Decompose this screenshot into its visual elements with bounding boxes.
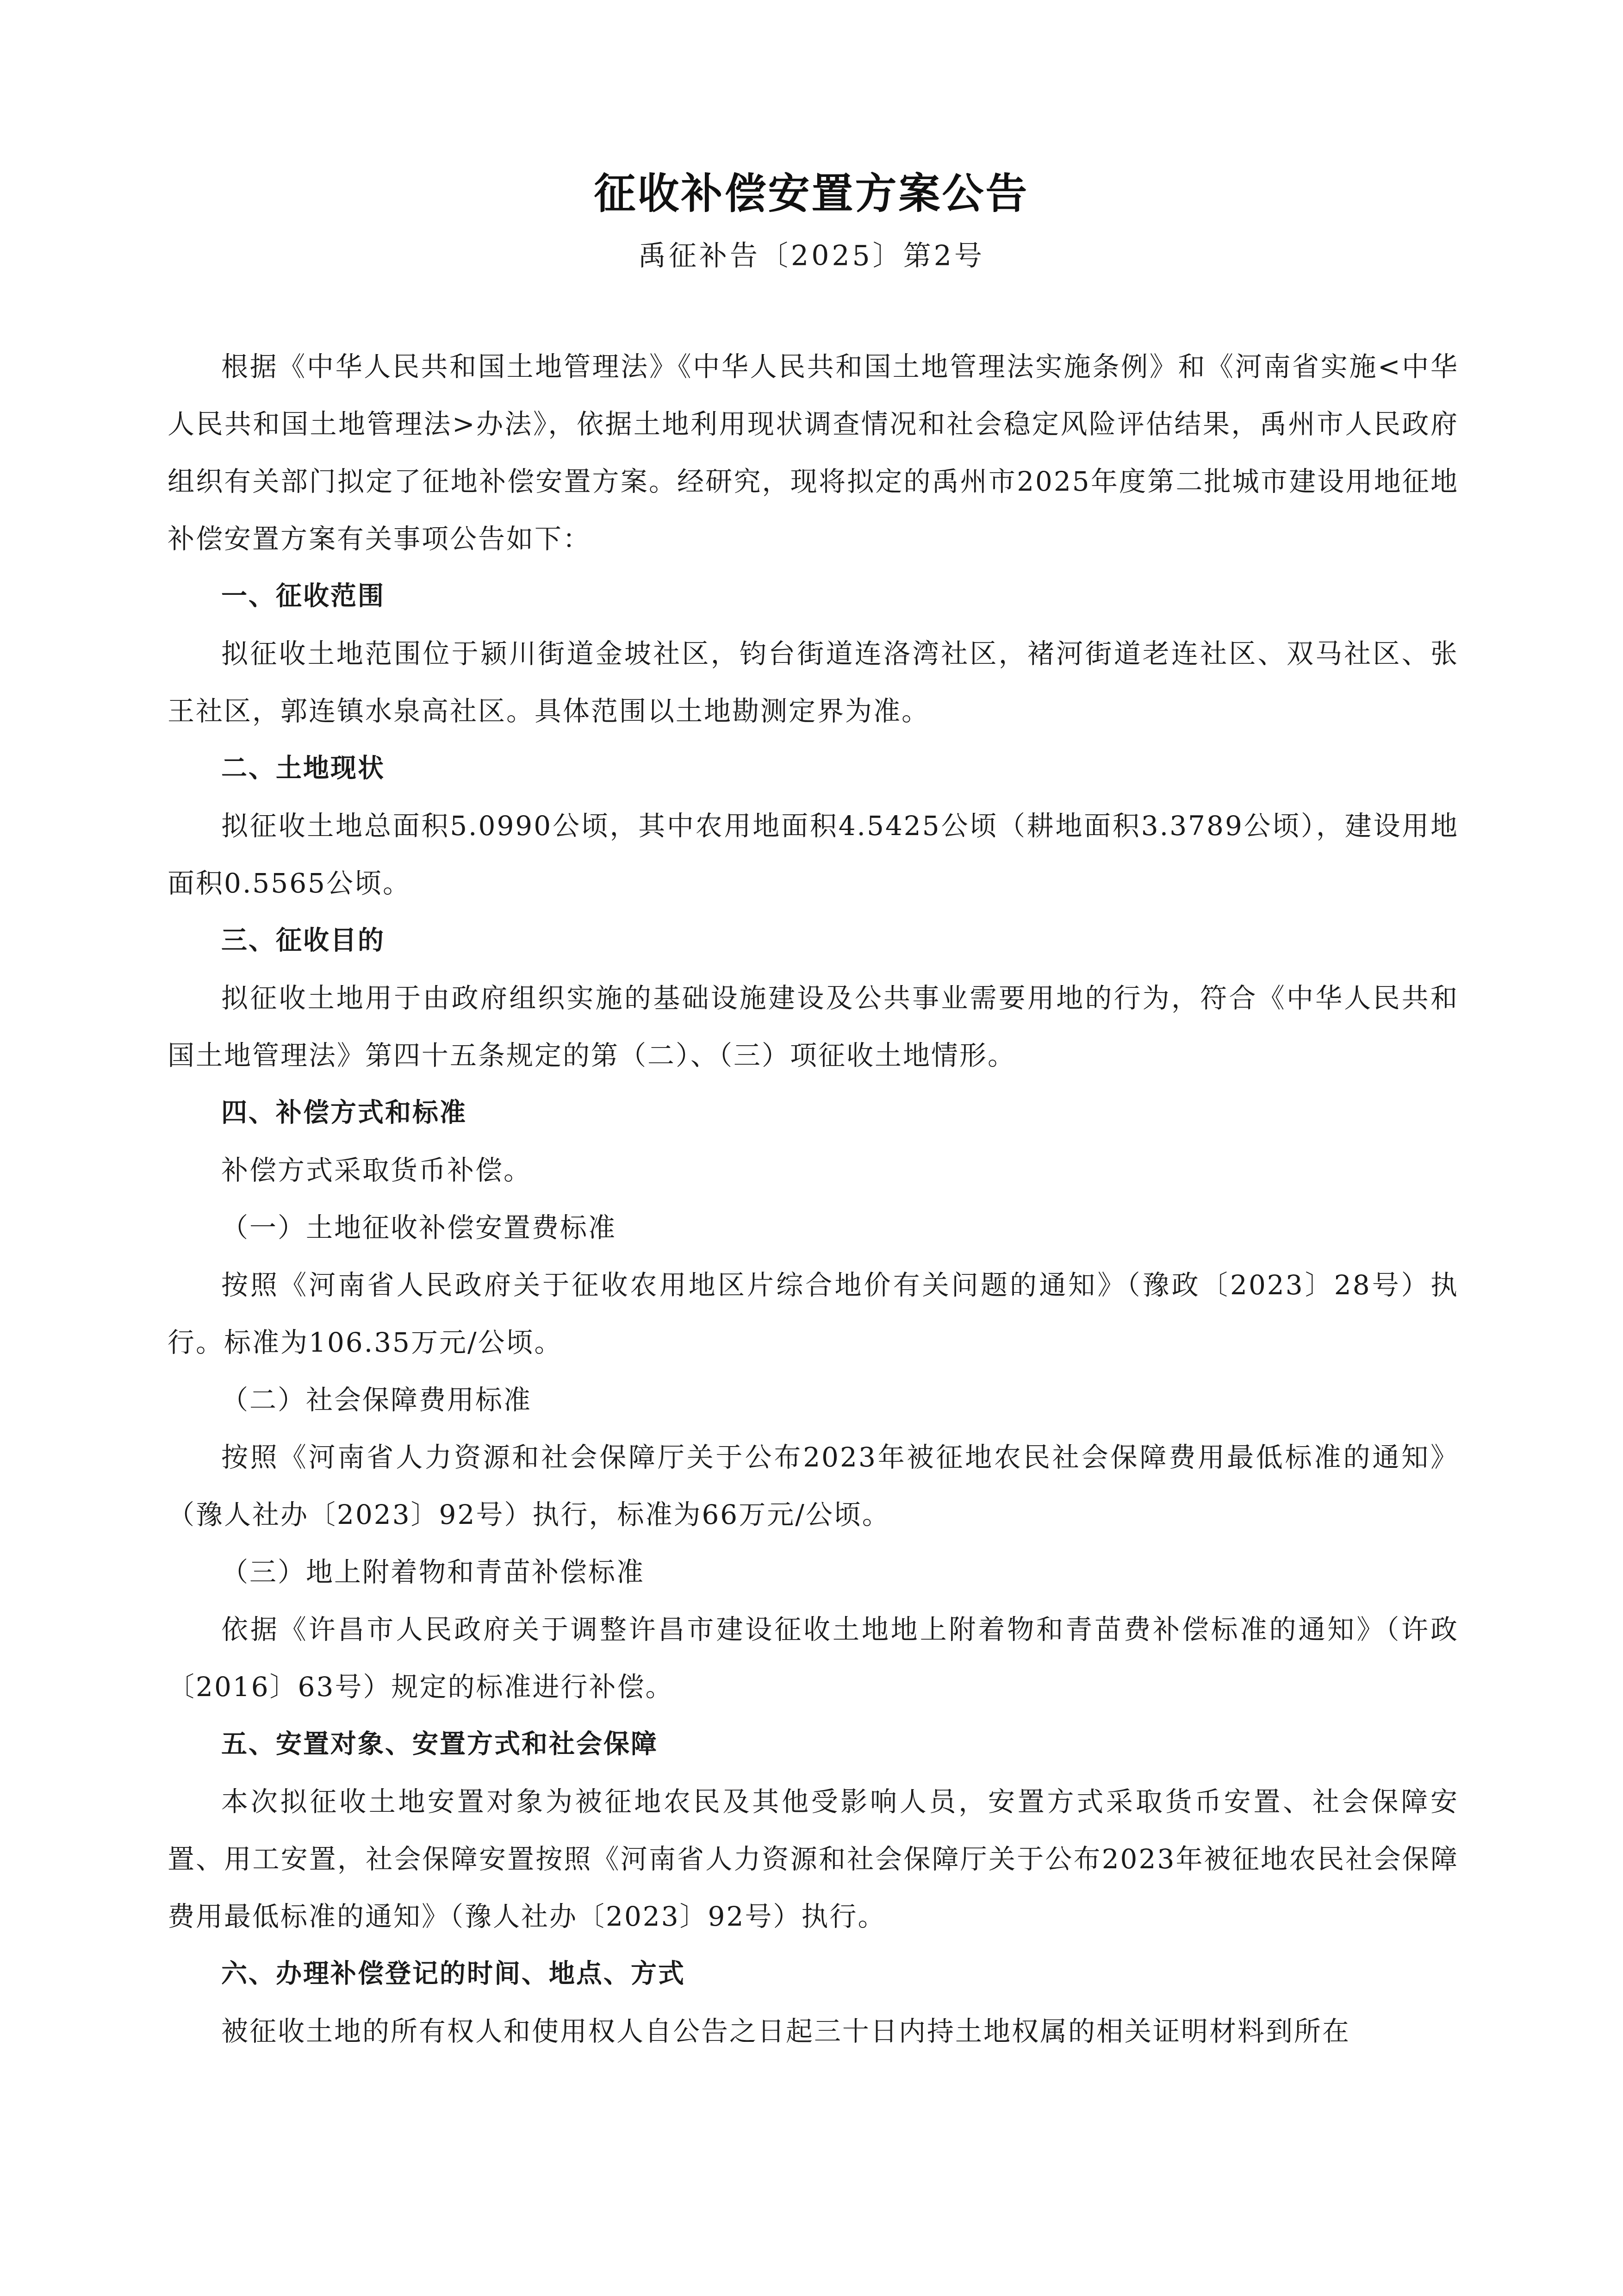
section-paragraph-land-status: 拟征收土地总面积5.0990公顷，其中农用地面积4.5425公顷（耕地面积3.3… (168, 797, 1459, 912)
section-paragraph-purpose: 拟征收土地用于由政府组织实施的基础设施建设及公共事业需要用地的行为，符合《中华人… (168, 969, 1459, 1084)
document-title: 征收补偿安置方案公告 (0, 160, 1623, 220)
section-paragraph-scope: 拟征收土地范围位于颍川街道金坡社区，钧台街道连洛湾社区，褚河街道老连社区、双马社… (168, 625, 1459, 740)
section-heading-compensation: 四、补偿方式和标准 (168, 1084, 1459, 1142)
subsection-text-attachments: 依据《许昌市人民政府关于调整许昌市建设征收土地地上附着物和青苗费补偿标准的通知》… (168, 1601, 1459, 1716)
section-heading-purpose: 三、征收目的 (168, 912, 1459, 969)
subsection-heading-land-fee: （一）土地征收补偿安置费标准 (168, 1199, 1459, 1256)
subsection-heading-attachments: （三）地上附着物和青苗补偿标准 (168, 1543, 1459, 1601)
document-page: 征收补偿安置方案公告 禹征补告〔2025〕第2号 根据《中华人民共和国土地管理法… (0, 0, 1623, 2296)
section-paragraph-resettlement: 本次拟征收土地安置对象为被征地农民及其他受影响人员，安置方式采取货币安置、社会保… (168, 1773, 1459, 1945)
document-number: 禹征补告〔2025〕第2号 (0, 234, 1623, 274)
subsection-heading-social-security: （二）社会保障费用标准 (168, 1371, 1459, 1429)
section-heading-scope: 一、征收范围 (168, 568, 1459, 625)
section-paragraph-compensation: 补偿方式采取货币补偿。 (168, 1142, 1459, 1199)
section-paragraph-registration: 被征收土地的所有权人和使用权人自公告之日起三十日内持土地权属的相关证明材料到所在 (168, 2003, 1459, 2060)
section-heading-land-status: 二、土地现状 (168, 740, 1459, 797)
section-heading-registration: 六、办理补偿登记的时间、地点、方式 (168, 1945, 1459, 2003)
section-heading-resettlement: 五、安置对象、安置方式和社会保障 (168, 1716, 1459, 1773)
intro-paragraph: 根据《中华人民共和国土地管理法》《中华人民共和国土地管理法实施条例》和《河南省实… (168, 338, 1459, 568)
subsection-text-social-security: 按照《河南省人力资源和社会保障厅关于公布2023年被征地农民社会保障费用最低标准… (168, 1429, 1459, 1543)
document-body: 根据《中华人民共和国土地管理法》《中华人民共和国土地管理法实施条例》和《河南省实… (168, 338, 1459, 2060)
subsection-text-land-fee: 按照《河南省人民政府关于征收农用地区片综合地价有关问题的通知》（豫政〔2023〕… (168, 1256, 1459, 1371)
